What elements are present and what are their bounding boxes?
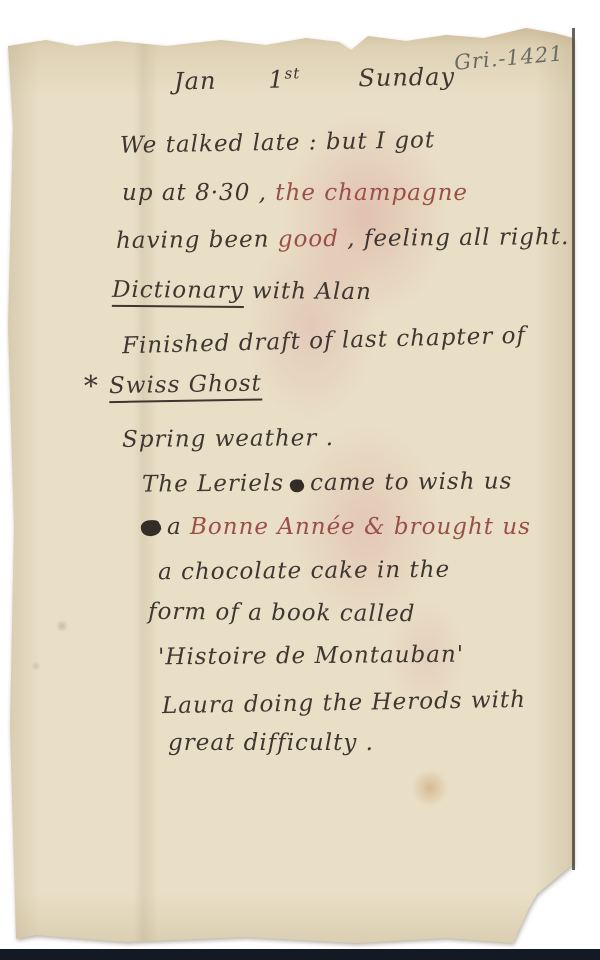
diary-line: Spring weather . [122,425,334,453]
diary-line: 'Histoire de Montauban' [158,642,464,671]
heading-day-suffix: st [284,64,300,82]
line-text: Laura doing the Herods with [162,687,526,719]
ink-scribble [289,478,305,494]
line-text-red: good [278,226,339,253]
scanned-document: Gri.-1421 Jan 1st Sunday We talked late … [0,0,600,960]
line-text: form of a book called [148,599,416,627]
diary-line: a chocolate cake in the [158,557,450,586]
line-text: having been [116,227,278,254]
line-text-red: Bonne Année & brought us [190,514,531,540]
line-text: Spring weather . [122,425,334,453]
heading-weekday: Sunday [358,63,455,93]
underlined-word: Dictionary [112,277,244,308]
manuscript-page: Gri.-1421 Jan 1st Sunday We talked late … [6,26,578,948]
line-text: a chocolate cake in the [158,557,450,586]
diary-line: form of a book called [148,599,416,627]
diary-line: a Bonne Année & brought us [135,514,531,540]
line-text: Finished draft of last chapter of [122,323,527,360]
line-text: up at 8·30 , [122,180,275,206]
line-text: came to wish us [310,468,513,496]
line-text: 'Histoire de Montauban' [158,642,464,671]
underlined-title: Swiss Ghost [109,370,262,403]
diary-line: Dictionary with Alan [112,277,372,305]
line-text: with Alan [244,278,372,305]
line-text: , feeling all right. [339,224,570,252]
diary-line: The Lerielscame to wish us [142,468,513,497]
scan-edge-line [572,28,575,870]
heading-month: Jan [174,67,217,96]
date-heading: Jan 1st Sunday [174,62,455,96]
ink-scribble [140,518,163,538]
line-text: great difficulty . [168,730,374,756]
heading-gap [301,86,359,87]
handwriting-layer: Gri.-1421 Jan 1st Sunday We talked late … [6,26,578,948]
diary-line: up at 8·30 , the champagne [122,180,468,206]
diary-line: *Swiss Ghost [84,366,262,402]
line-text: a [167,514,190,540]
line-text: We talked late : but I got [120,127,436,158]
heading-gap [217,88,269,89]
diary-line: great difficulty . [168,730,374,756]
line-text: The Leriels [142,470,284,497]
diary-line: Laura doing the Herods with [162,687,526,719]
catalog-reference: Gri.-1421 [453,41,564,74]
diary-line: having been good , feeling all right. [116,224,570,254]
paper-sheet: Gri.-1421 Jan 1st Sunday We talked late … [6,26,578,948]
heading-day: 1st [268,64,301,94]
asterisk-marker: * [84,369,100,402]
diary-line: We talked late : but I got [120,127,436,158]
diary-line: Finished draft of last chapter of [122,323,527,360]
line-text-red: the champagne [275,180,468,206]
scan-strip [0,949,600,960]
